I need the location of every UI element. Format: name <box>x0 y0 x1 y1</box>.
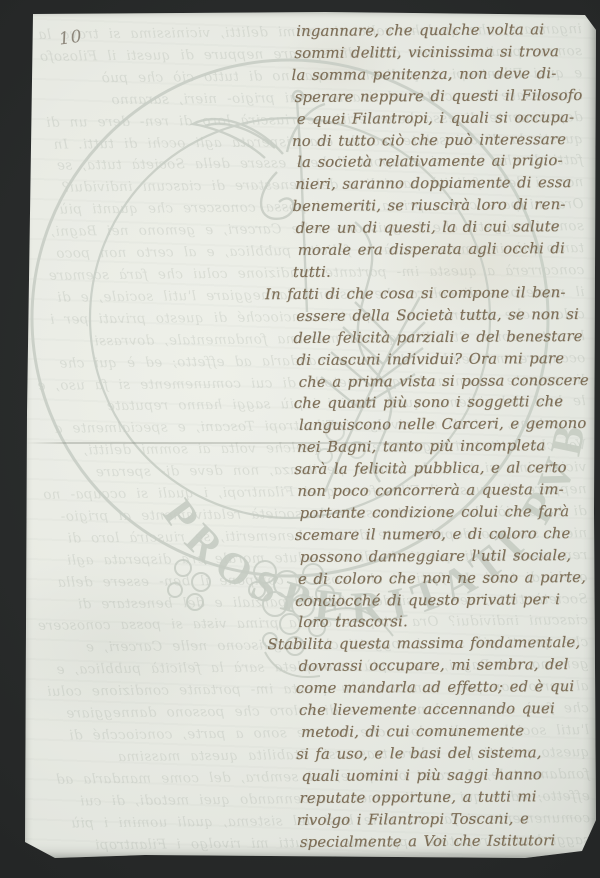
paragraph: In fatti di che cosa si compone il ben-e… <box>266 282 594 635</box>
text-line: di ciascuni individui? Ora mi pare <box>266 347 592 371</box>
text-line: sperare neppure di questi il Filosofo <box>265 85 591 109</box>
text-line: possono danneggiare l'util sociale, <box>270 545 596 569</box>
page-number: 10 <box>58 26 84 49</box>
text-line: morale era disperata agli occhi di <box>268 238 594 262</box>
text-line: benemeriti, se riuscirà loro di ren- <box>262 194 588 218</box>
text-line: che a prima vista si possa conoscere <box>269 369 595 393</box>
text-line: essere della Società tutta, se non si <box>266 304 592 328</box>
text-line: non poco concorrerà a questa im- <box>267 479 593 503</box>
text-line: tutti. <box>263 260 589 284</box>
text-line: la società relativamente ai prigio- <box>267 150 593 174</box>
text-line: specialmente a Voi che Istitutori <box>270 829 596 853</box>
text-line: delle felicità parziali e del benestare <box>263 326 589 350</box>
text-line: loro trascorsi. <box>268 610 594 634</box>
text-line: scemare il numero, e di coloro che <box>265 523 591 547</box>
text-line: e quei Filantropi, i quali si occupa- <box>267 106 593 130</box>
text-line: conciocché di questo privati per i <box>265 588 591 612</box>
paragraph: Stabilita questa massima fondamentale,do… <box>268 632 596 853</box>
text-line: rivolgo i Filantropi Toscani, e <box>267 807 593 831</box>
text-line: reputate opportune, a tutti mi <box>269 786 595 810</box>
text-line: Stabilita questa massima fondamentale, <box>267 632 593 656</box>
text-line: nieri, saranno doppiamente di essa <box>265 172 591 196</box>
text-line: dere un di questi, la di cui salute <box>265 216 591 240</box>
text-line: dovrassi occupare, mi sembra, del <box>269 654 595 678</box>
text-line: sommi delitti, vicinissima si trova <box>264 41 590 65</box>
text-line: metodi, di cui comunemente <box>271 720 597 744</box>
text-line: si fa uso, e le basi del sistema, <box>266 742 592 766</box>
handwritten-text: ingannare, che qualche volta aisommi del… <box>264 19 596 854</box>
text-line: che lievemente accennando quei <box>269 698 595 722</box>
text-line: che quanti più sono i soggetti che <box>264 391 590 415</box>
text-line: come mandarla ad effetto; ed è qui <box>266 676 592 700</box>
text-line: la somma penitenza, non deve di- <box>261 63 587 87</box>
manuscript-page: ingannare, che qualche volta ai sommi de… <box>25 12 596 858</box>
text-line: ingannare, che qualche volta ai <box>266 19 592 43</box>
text-line: quali uomini i più saggi hanno <box>271 764 597 788</box>
text-line: sarà la felicità pubblica, e al certo <box>264 457 590 481</box>
text-line: portante condizione colui che farà <box>269 501 595 525</box>
photo-backdrop: ingannare, che qualche volta ai sommi de… <box>0 0 600 878</box>
text-line: nei Bagni, tanto più incompleta <box>267 435 593 459</box>
text-line: In fatti di che cosa si compone il ben- <box>265 282 591 306</box>
text-line: no di tutto ciò che può interessare <box>262 128 588 152</box>
paragraph: ingannare, che qualche volta aisommi del… <box>264 19 592 284</box>
text-line: languiscono nelle Carceri, e gemono <box>269 413 595 437</box>
text-line: e di coloro che non ne sono a parte, <box>268 567 594 591</box>
